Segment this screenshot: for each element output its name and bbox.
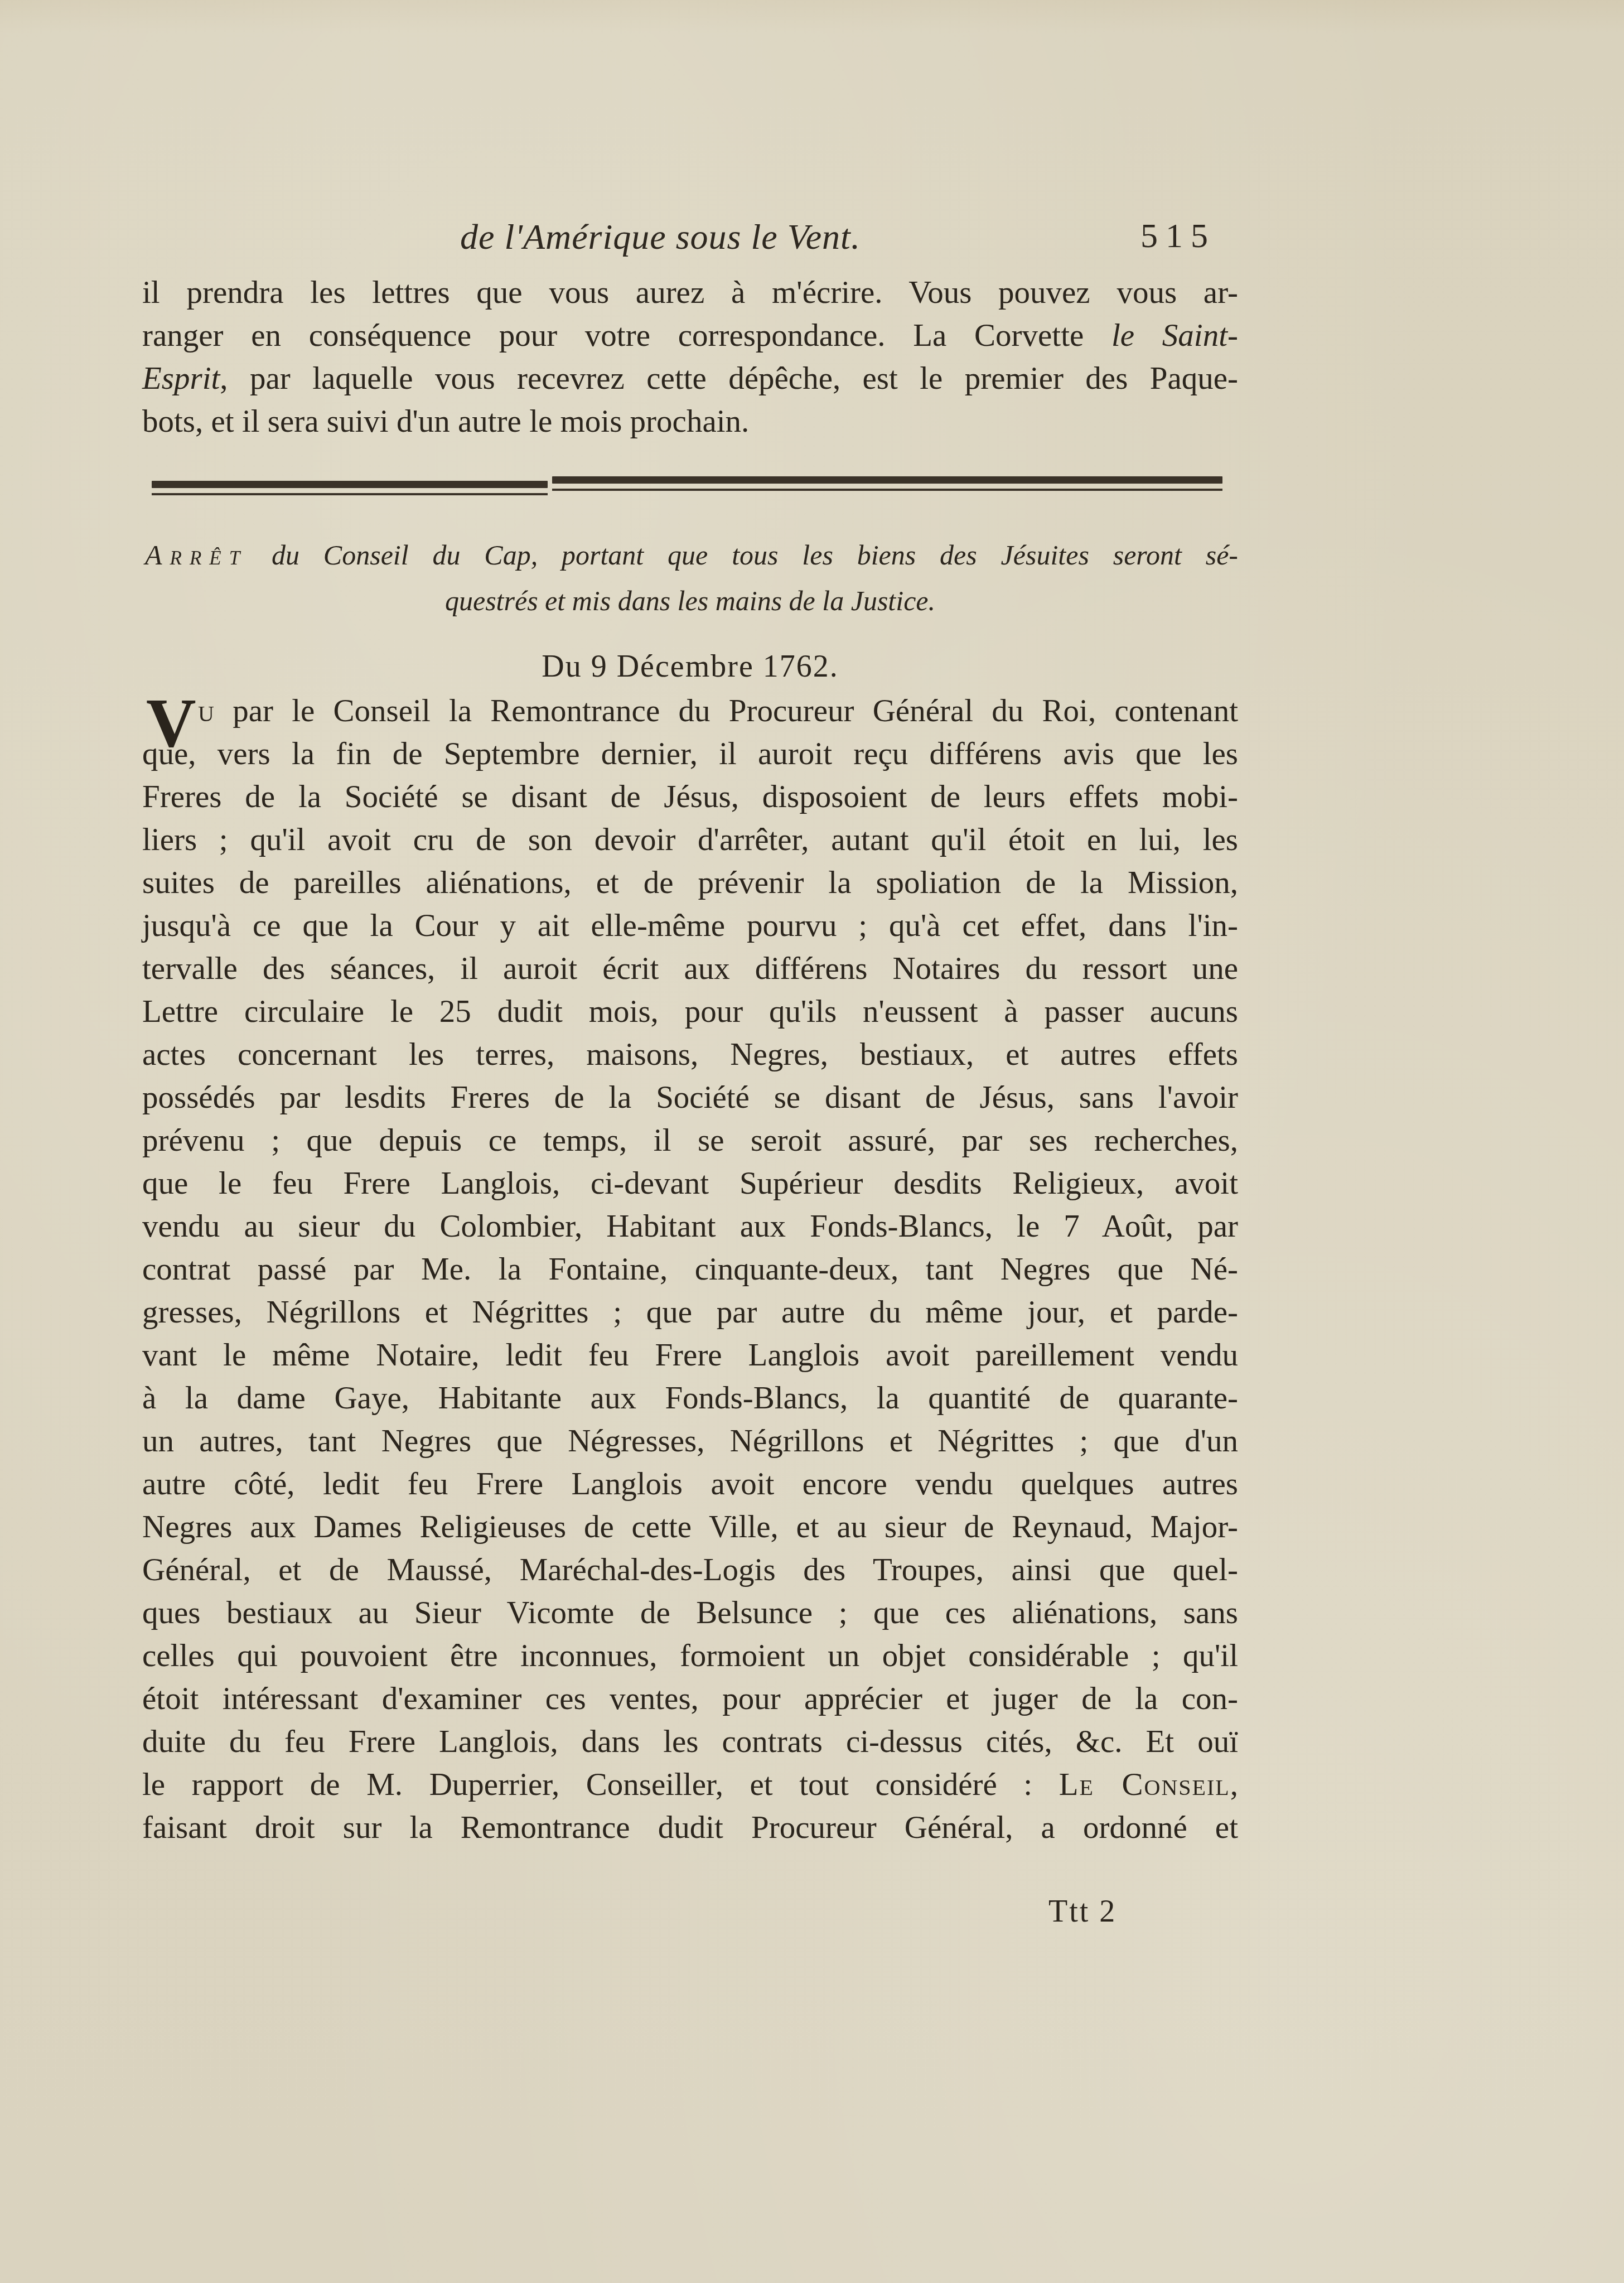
- body-line: à la dame Gaye, Habitante aux Fonds-Blan…: [142, 1379, 1238, 1418]
- body-line: Negres aux Dames Religieuses de cette Vi…: [142, 1508, 1238, 1547]
- rule-thick-line: [152, 481, 548, 488]
- intro-line-3-text: , par laquelle vous recevrez cette dépêc…: [220, 361, 1238, 396]
- body-line: vant le même Notaire, ledit feu Frere La…: [142, 1336, 1238, 1375]
- body-line: prévenu ; que depuis ce temps, il se ser…: [142, 1121, 1238, 1160]
- body-line-text: le rapport de M. Duperrier, Conseiller, …: [142, 1767, 1032, 1802]
- body-line-tail: ,: [1230, 1767, 1238, 1802]
- body-line: celles qui pouvoient être inconnues, for…: [142, 1637, 1238, 1676]
- body-line-conseil: le rapport de M. Duperrier, Conseiller, …: [142, 1765, 1238, 1804]
- body-line: contrat passé par Me. la Fontaine, cinqu…: [142, 1250, 1238, 1289]
- body-line: possédés par lesdits Freres de la Sociét…: [142, 1078, 1238, 1117]
- body-line: ques bestiaux au Sieur Vicomte de Belsun…: [142, 1594, 1238, 1633]
- body-line: un autres, tant Negres que Négresses, Né…: [142, 1422, 1238, 1461]
- body-line: tervalle des séances, il auroit écrit au…: [142, 949, 1238, 988]
- body-line: liers ; qu'il avoit cru de son devoir d'…: [142, 820, 1238, 860]
- ship-name-part1: le Saint-: [1111, 318, 1238, 353]
- decree-title-text: du Conseil du Cap, portant que tous les …: [272, 539, 1238, 571]
- running-head: de l'Amérique sous le Vent. 515: [142, 216, 1238, 267]
- body-line: Freres de la Société se disant de Jésus,…: [142, 778, 1238, 817]
- intro-line-2-text: ranger en conséquence pour votre corresp…: [142, 318, 1084, 353]
- rule-thin-line: [552, 489, 1222, 491]
- rule-thick-line: [552, 476, 1222, 484]
- body-line: étoit intéressant d'examiner ces ventes,…: [142, 1679, 1238, 1719]
- decree-date: Du 9 Décembre 1762.: [142, 647, 1238, 686]
- body-line-1-smallcap: u: [198, 693, 214, 728]
- body-line: Général, et de Maussé, Maréchal-des-Logi…: [142, 1551, 1238, 1590]
- body-line: jusqu'à ce que la Cour y ait elle-même p…: [142, 906, 1238, 945]
- rule-segment-left: [152, 481, 548, 500]
- body-line-1-text: par le Conseil la Remontrance du Procure…: [214, 693, 1238, 728]
- body-line: faisant droit sur la Remontrance dudit P…: [142, 1808, 1238, 1847]
- body-line: actes concernant les terres, maisons, Ne…: [142, 1035, 1238, 1074]
- body-line: vendu au sieur du Colombier, Habitant au…: [142, 1207, 1238, 1246]
- running-title: de l'Amérique sous le Vent.: [460, 216, 861, 258]
- rule-thin-line: [152, 493, 548, 495]
- body-line: gresses, Négrillons et Négrittes ; que p…: [142, 1293, 1238, 1332]
- intro-line-1: il prendra les lettres que vous aurez à …: [142, 273, 1238, 312]
- page-number: 515: [1140, 216, 1216, 256]
- rule-segment-right: [552, 476, 1222, 495]
- document-page: de l'Amérique sous le Vent. 515 il prend…: [0, 0, 1624, 2283]
- decree-title-line-2: questrés et mis dans les mains de la Jus…: [142, 581, 1238, 620]
- body-line: suites de pareilles aliénations, et de p…: [142, 863, 1238, 902]
- signature-mark: Ttt 2: [1048, 1894, 1116, 1929]
- ship-name-part2: Esprit: [142, 361, 220, 396]
- body-line: Lettre circulaire le 25 dudit mois, pour…: [142, 992, 1238, 1031]
- body-line: autre côté, ledit feu Frere Langlois avo…: [142, 1465, 1238, 1504]
- body-line: que le feu Frere Langlois, ci-devant Sup…: [142, 1164, 1238, 1203]
- intro-line-3: Esprit, par laquelle vous recevrez cette…: [142, 359, 1238, 398]
- body-line-1: u par le Conseil la Remontrance du Procu…: [198, 692, 1238, 731]
- intro-line-4: bots, et il sera suivi d'un autre le moi…: [142, 402, 1238, 441]
- body-line: que, vers la fin de Septembre dernier, i…: [142, 735, 1238, 774]
- le-conseil-smallcaps: Le Conseil: [1059, 1767, 1230, 1802]
- decorative-rule: [152, 481, 1222, 503]
- decree-title-line-1: Arrêt du Conseil du Cap, portant que tou…: [142, 535, 1238, 575]
- decree-title-keyword: Arrêt: [145, 539, 248, 571]
- intro-line-2: ranger en conséquence pour votre corresp…: [142, 316, 1238, 355]
- body-line: duite du feu Frere Langlois, dans les co…: [142, 1722, 1238, 1761]
